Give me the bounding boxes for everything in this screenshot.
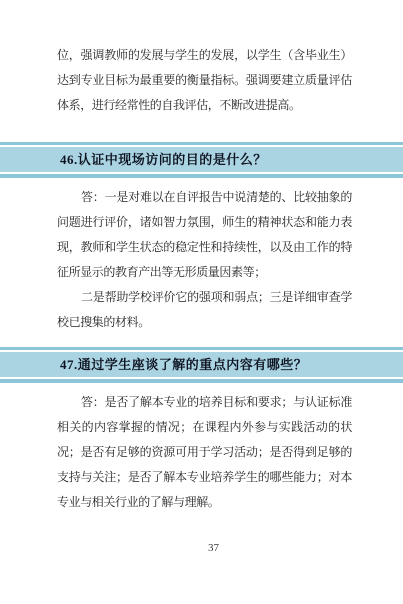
answer-paragraph-46-1: 答：一是对难以在自评报告中说清楚的、比较抽象的问题进行评价，诸如智力氛围，师生的…	[57, 185, 352, 285]
answer-paragraph-47-1: 答：是否了解本专业的培养目标和要求；与认证标准相关的内容掌握的情况；在课程内外参…	[57, 390, 352, 515]
answer-paragraph-46-2: 二是帮助学校评价它的强项和弱点；三是详细审查学校已搜集的材料。	[57, 285, 352, 335]
page-content: 位，强调教师的发展与学生的发展，以学生（含毕业生） 达到专业目标为最重要的衡量指…	[57, 43, 352, 515]
page-number: 37	[12, 542, 403, 554]
question-heading-46: 46.认证中现场访问的目的是什么？	[0, 147, 403, 172]
document-page: 位，强调教师的发展与学生的发展，以学生（含毕业生） 达到专业目标为最重要的衡量指…	[0, 0, 403, 604]
question-heading-bar-46: 46.认证中现场访问的目的是什么？	[0, 142, 403, 178]
intro-paragraph: 位，强调教师的发展与学生的发展，以学生（含毕业生） 达到专业目标为最重要的衡量指…	[57, 43, 352, 118]
question-heading-47: 47.通过学生座谈了解的重点内容有哪些？	[0, 352, 403, 377]
question-heading-bar-47: 47.通过学生座谈了解的重点内容有哪些？	[0, 347, 403, 383]
